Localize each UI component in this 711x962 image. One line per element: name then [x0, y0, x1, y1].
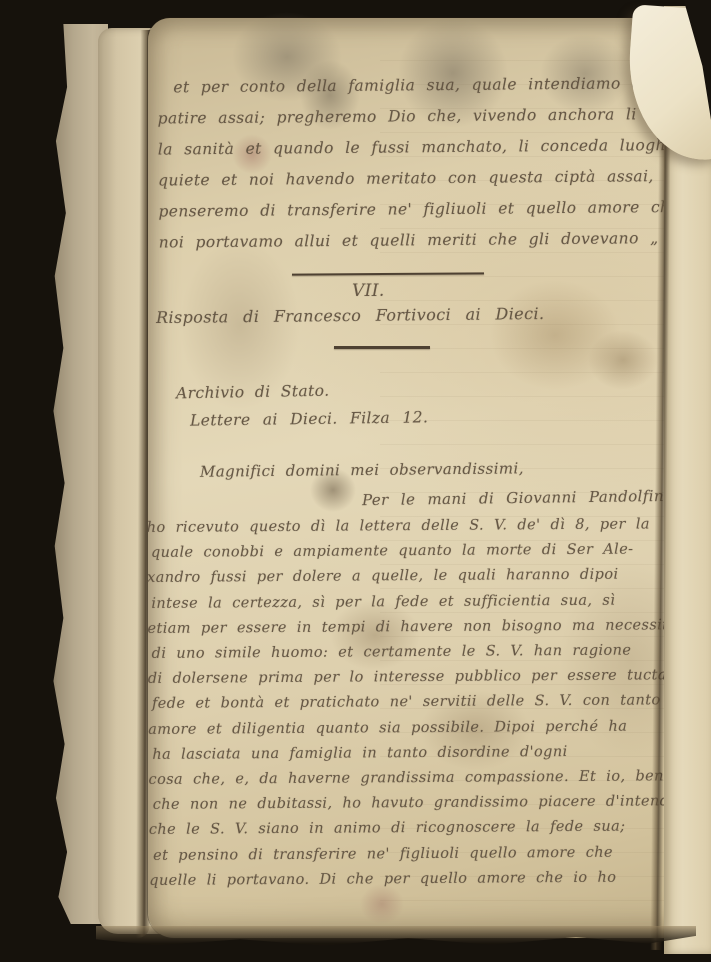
manuscript-line: cosa che, e, da haverne grandissima comp…	[148, 764, 694, 793]
manuscript-line: penseremo di transferire ne' figliuoli e…	[158, 191, 711, 227]
manuscript-line: patire assai; pregheremo Dio che, vivend…	[157, 98, 711, 134]
page-bottom-deckle	[96, 926, 696, 948]
manuscript-line: la sanità et quando le fussi manchato, l…	[158, 129, 711, 165]
manuscript-line: di dolersene prima per lo interesse pubb…	[148, 663, 694, 692]
letter-body: ho ricevuto questo dì la lettera delle S…	[147, 512, 696, 894]
manuscript-line: quale conobbi e ampiamente quanto la mor…	[147, 537, 693, 566]
manuscript-line: quelle li portavano. Di che per quello a…	[149, 865, 695, 894]
manuscript-photo: et per conto della famiglia sua, quale i…	[0, 0, 711, 962]
manuscript-line: che non ne dubitassi, ho havuto grandiss…	[149, 789, 695, 818]
manuscript-line: quiete et noi havendo meritato con quest…	[158, 160, 711, 196]
paragraph-top: et per conto della famiglia sua, quale i…	[157, 67, 711, 258]
manuscript-line: xandro fussi per dolere a quelle, le qua…	[147, 563, 693, 592]
manuscript-line: et per conto della famiglia sua, quale i…	[157, 67, 711, 103]
manuscript-line: di uno simile huomo: et certamente le S.…	[148, 638, 694, 667]
letter-salutation: Magnifici domini mei observandissimi,	[200, 459, 524, 480]
manuscript-line: che le S. V. siano in animo di ricognosc…	[149, 815, 695, 844]
archive-reference-line: Lettere ai Dieci. Filza 12.	[190, 408, 428, 429]
section-numeral: VII.	[352, 281, 385, 301]
manuscript-line: etiam per essere in tempi di havere non …	[147, 613, 693, 642]
manuscript-line: et pensino di transferire ne' figliuoli …	[149, 840, 695, 869]
manuscript-line: noi portavamo allui et quelli meriti che…	[159, 222, 711, 258]
archive-reference-line: Archivio di Stato.	[176, 382, 330, 403]
manuscript-line: ho ricevuto questo dì la lettera delle S…	[147, 512, 693, 541]
manuscript-line: fede et bontà et pratichato ne' servitii…	[148, 689, 694, 718]
manuscript-line: intese la certezza, sì per la fede et su…	[147, 588, 693, 617]
section-title: Risposta di Francesco Fortivoci ai Dieci…	[156, 304, 545, 327]
manuscript-line: amore et diligentia quanto sia possibile…	[148, 714, 694, 743]
manuscript-line: ha lasciata una famiglia in tanto disord…	[148, 739, 694, 768]
section-divider-bottom	[334, 346, 430, 349]
